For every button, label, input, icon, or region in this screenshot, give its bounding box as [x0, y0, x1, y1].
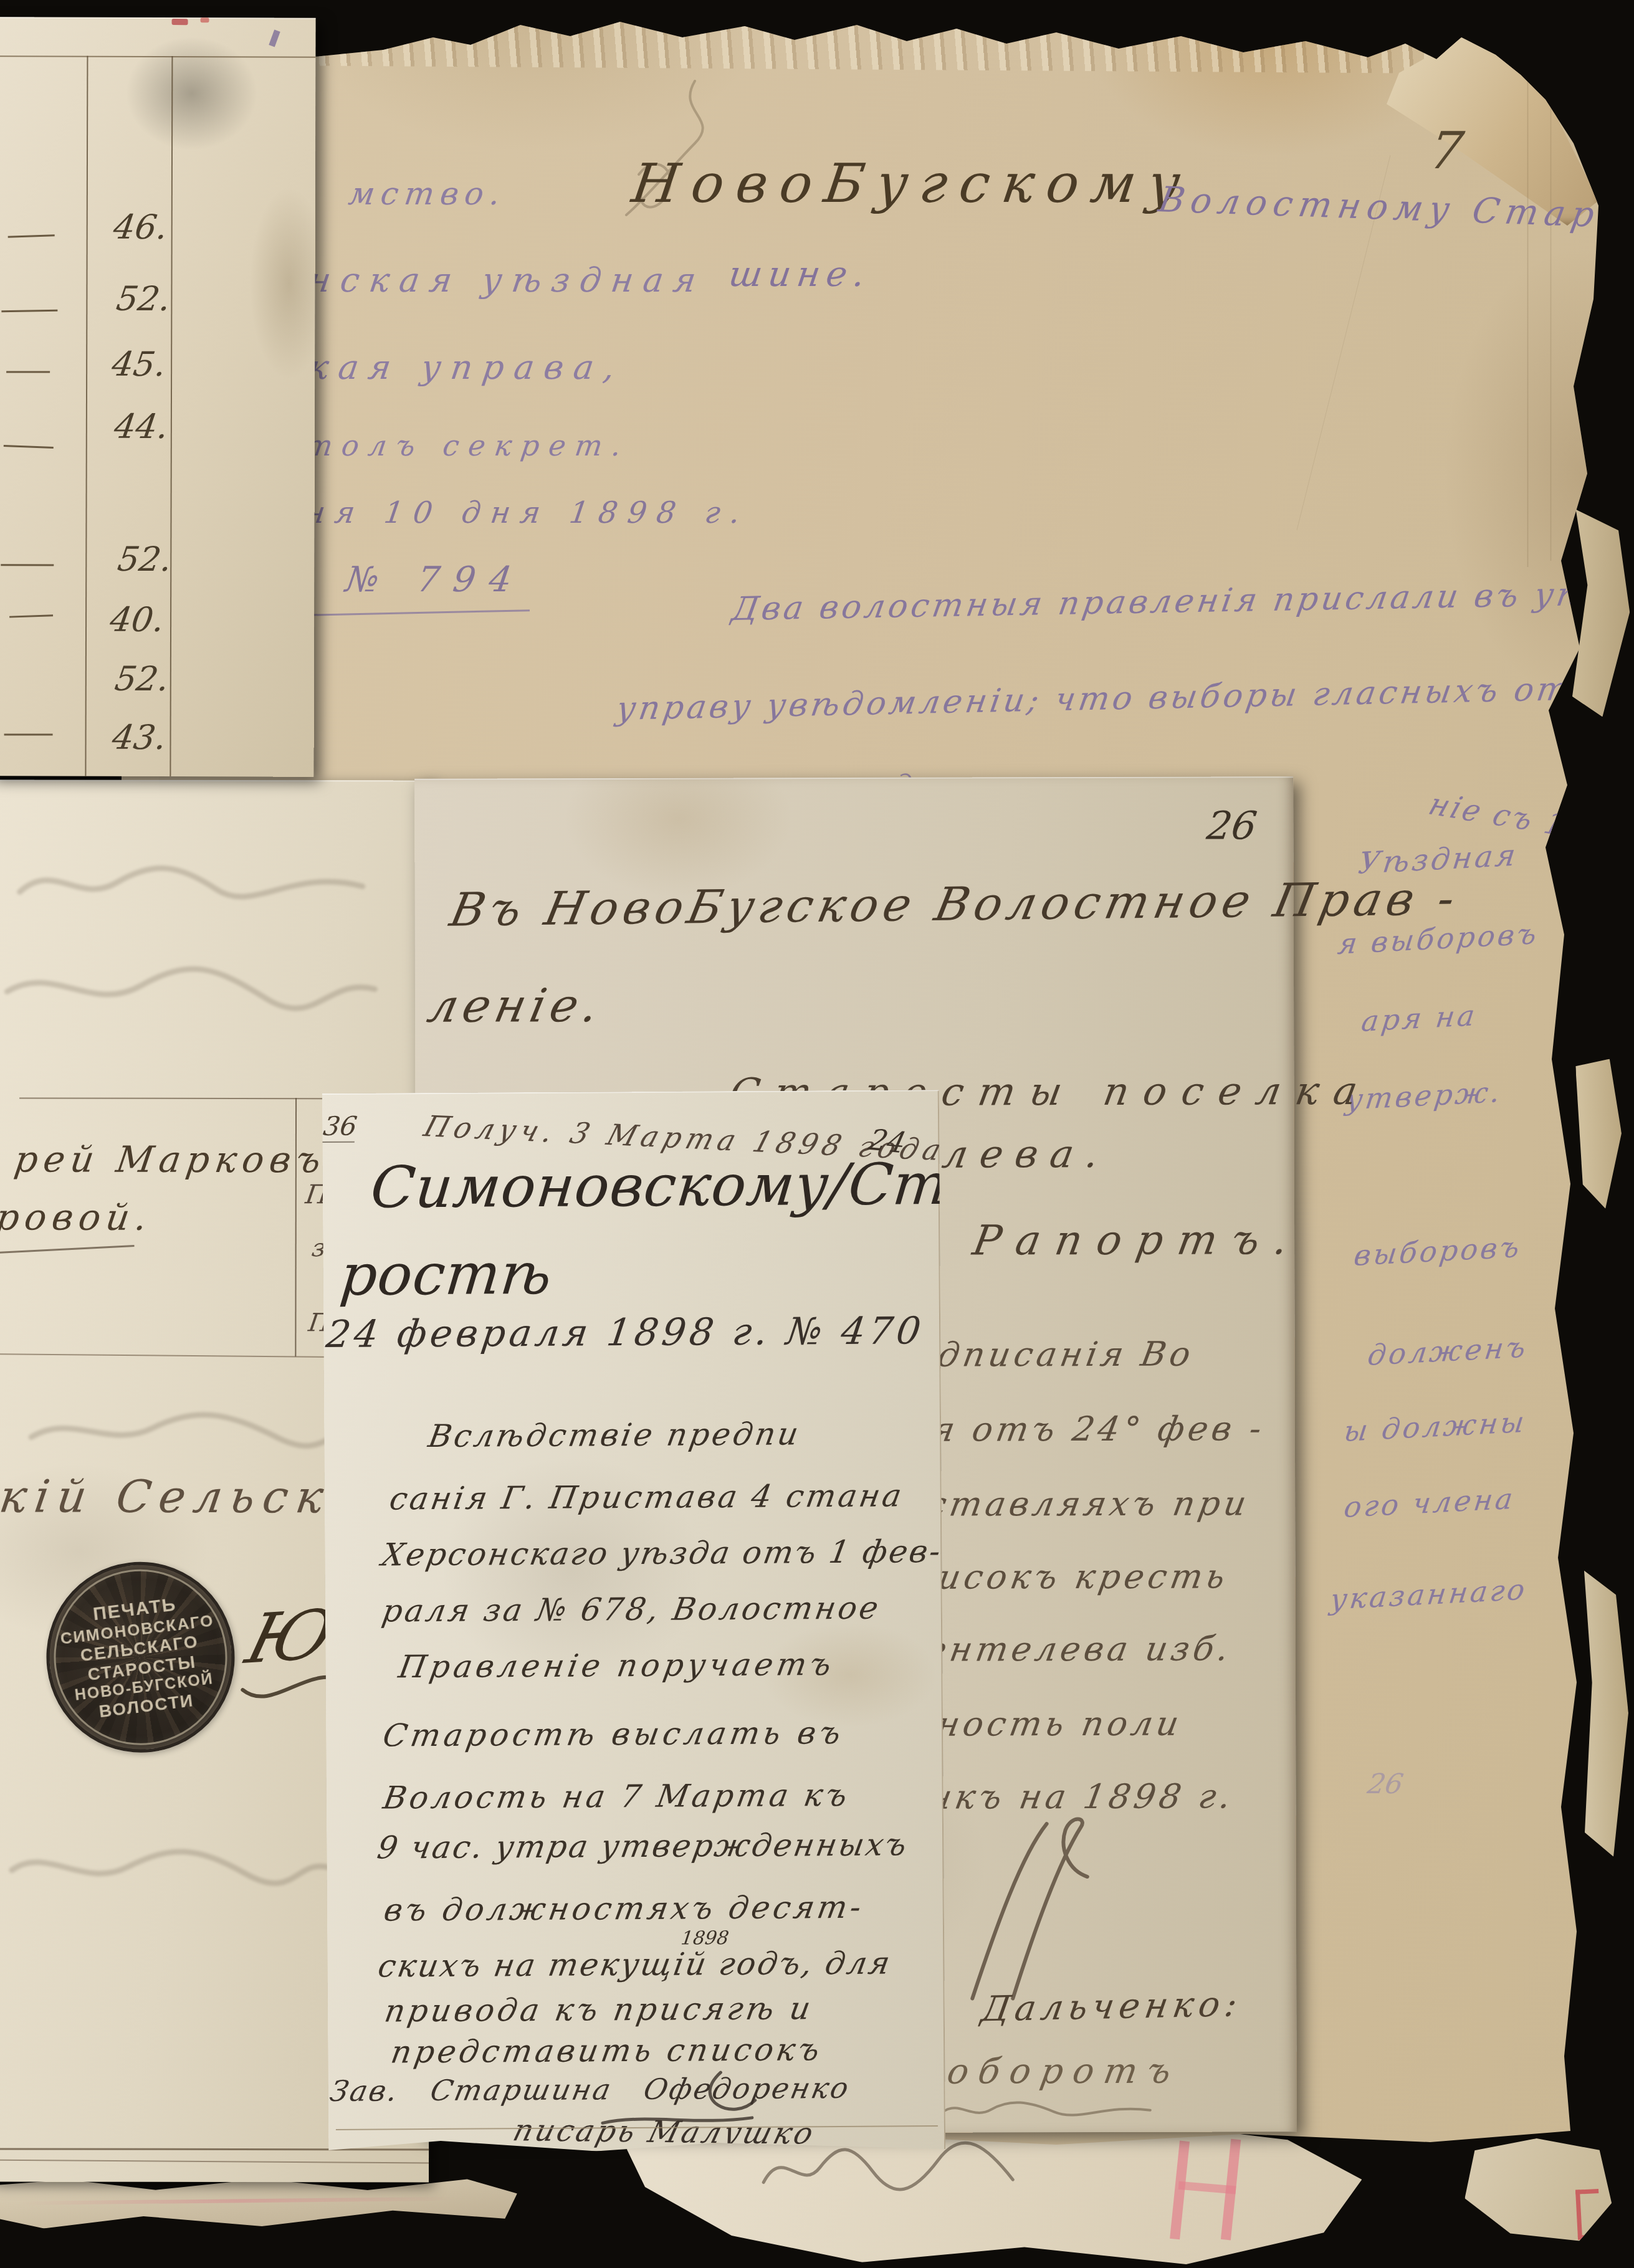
entry-name-line1: рей Марковъ: [12, 1138, 329, 1181]
tally-value: 52.: [112, 659, 171, 698]
ruled-line-horizontal: [0, 55, 315, 57]
number-underline: [305, 609, 530, 616]
paraph-flourish: [953, 1811, 1128, 2005]
letterhead-stol-sekret: толъ секрет.: [303, 429, 633, 462]
report-body-fragment: нкъ на 1898 г.: [926, 1776, 1238, 1816]
report-heading-line2: леніе.: [423, 979, 608, 1033]
tally-dash: [9, 614, 53, 617]
ruled-line-horizontal: [0, 2160, 429, 2164]
body-line1: Два волостныя правленія прислали въ уѣзд…: [729, 574, 1634, 628]
received-note-sheet: 36 Получ. 3 Марта 1898 года 24 Симоновск…: [322, 1090, 945, 2156]
note-body-line: раля за № 678, Волостное: [380, 1590, 884, 1629]
numbers-tally-sheet: 46. 52. 45. 44. 52. 40. 52. 43.: [0, 17, 316, 776]
tally-dash: [6, 371, 50, 373]
report-body-fragment: ность поли: [934, 1704, 1185, 1744]
margin-fragment: ы должны: [1342, 1405, 1529, 1448]
village-elder-stamp: ПЕЧАТЬ СИМОНОВСКАГО СЕЛЬСКАГО СТАРОСТЫ Н…: [36, 1551, 246, 1763]
torn-fragment-bottom-right: [1462, 2135, 1614, 2248]
torn-edge-sliver: [1578, 1570, 1632, 1857]
body-line2: управу увѣдомленіи; что выборы гласныхъ …: [614, 667, 1634, 728]
letterhead-number: № 794: [343, 560, 528, 600]
note-body-line: 9 час. утра утвержденныхъ: [375, 1826, 911, 1865]
page-number: 26: [1204, 803, 1259, 848]
crumpled-top-edge: [150, 6, 1478, 74]
purple-speck: [269, 30, 280, 47]
tally-dash: [8, 234, 55, 237]
tally-value: 46.: [111, 207, 170, 247]
report-signature: Дальченко:: [978, 1984, 1245, 2029]
red-speck: [201, 17, 209, 22]
note-body-line: Правленіе поручаетъ: [396, 1646, 838, 1685]
note-addressee-line1: Симоновскому/Ста: [368, 1151, 986, 1221]
red-archive-mark: [1575, 2189, 1601, 2240]
tally-value: 52.: [114, 279, 173, 318]
report-body-fragment: ставляяхъ при: [924, 1484, 1253, 1523]
margin-fragment: выборовъ: [1352, 1230, 1524, 1272]
letterhead-date: ня 10 дня 1898 г.: [303, 495, 752, 530]
note-body-line: Вслѣдствіе предпи: [426, 1416, 803, 1454]
note-body-line: санія Г. Пристава 4 стана: [387, 1477, 907, 1517]
note-margin-number: 36: [322, 1111, 359, 1143]
margin-fragment: ого члена: [1342, 1482, 1517, 1524]
note-body-line: скихъ на текущій годъ, для: [375, 1945, 894, 1984]
note-reference-line: 24 февраля 1898 г. № 470: [323, 1309, 927, 1356]
tally-dash: [1, 310, 57, 312]
tally-value: 52.: [115, 540, 174, 579]
header-addressee-line2: шине.: [726, 254, 873, 295]
ghost-writing: [9, 1839, 333, 1895]
ruled-line-vertical: [85, 56, 88, 776]
note-body-line: Херсонскаго уѣзда отъ 1 фев-: [379, 1533, 945, 1573]
archival-document-photo: 7 НовоБугскому Волостному Стар- шине. мс…: [0, 0, 1634, 2268]
ghost-writing: [28, 1403, 365, 1459]
note-body-line: въ должностяхъ десят-: [381, 1889, 867, 1928]
torn-edge-sliver: [1575, 1059, 1624, 1209]
note-body-line: представить списокъ: [388, 2031, 825, 2070]
tally-value: 44.: [112, 407, 171, 446]
letterhead-uyezdnaya: нская уѣздная: [306, 260, 709, 300]
report-bottom-note: оборотъ: [944, 2051, 1184, 2092]
ghost-writing: [4, 960, 378, 1017]
tally-value: 40.: [108, 600, 167, 639]
pink-registry-mark: [1170, 2141, 1190, 2240]
bottom-note-squiggle: [942, 2098, 1154, 2123]
ghost-writing: [17, 854, 366, 911]
note-body-line: Волость на 7 Марта къ: [381, 1777, 853, 1816]
flourish-underline: [0, 1245, 135, 1254]
tally-dash: [1, 564, 54, 566]
ruled-line-horizontal: [0, 2148, 429, 2150]
tally-dash: [4, 445, 54, 449]
margin-fragment: аря на: [1360, 998, 1479, 1038]
red-speck: [172, 19, 188, 25]
ruled-line-vertical: [295, 1098, 297, 1356]
report-title: Рапортъ.: [969, 1216, 1306, 1264]
tally-value: 45.: [110, 345, 169, 384]
margin-fragment: 26: [1365, 1768, 1406, 1800]
margin-fragment: указаннаго: [1329, 1573, 1529, 1616]
report-body-fragment: исокъ кресть: [935, 1556, 1232, 1596]
tally-value: 43.: [110, 718, 169, 757]
note-body-line: Старостѣ выслать въ: [380, 1715, 847, 1754]
note-signoff-line1: Зав. Старшина Офедоренко: [327, 2071, 853, 2108]
header-addressee-dark: НовоБугскому: [628, 153, 1197, 215]
note-year-superscript: 1898: [680, 1927, 730, 1949]
stamp-face: ПЕЧАТЬ СИМОНОВСКАГО СЕЛЬСКАГО СТАРОСТЫ Н…: [44, 1560, 237, 1755]
note-addressee-line2: ростѣ: [337, 1241, 555, 1308]
entry-name-line2: ровой.: [0, 1196, 155, 1238]
tally-dash: [4, 733, 53, 735]
note-body-line: привода къ присягѣ и: [382, 1990, 816, 2029]
report-body-fragment: я отъ 24° фев -: [929, 1409, 1268, 1449]
letterhead-uprava: кая управа,: [306, 348, 628, 387]
torn-fold-bottom-left: [0, 2175, 517, 2231]
letterhead-zemstvo: мство.: [346, 176, 509, 212]
report-body-fragment: ентелева изб.: [923, 1629, 1235, 1669]
ruled-line-vertical: [170, 56, 173, 776]
margin-fragment: долженъ: [1366, 1330, 1530, 1372]
torn-edge-sliver: [1565, 510, 1634, 718]
report-body-fragment: дписанія Во: [935, 1335, 1197, 1375]
